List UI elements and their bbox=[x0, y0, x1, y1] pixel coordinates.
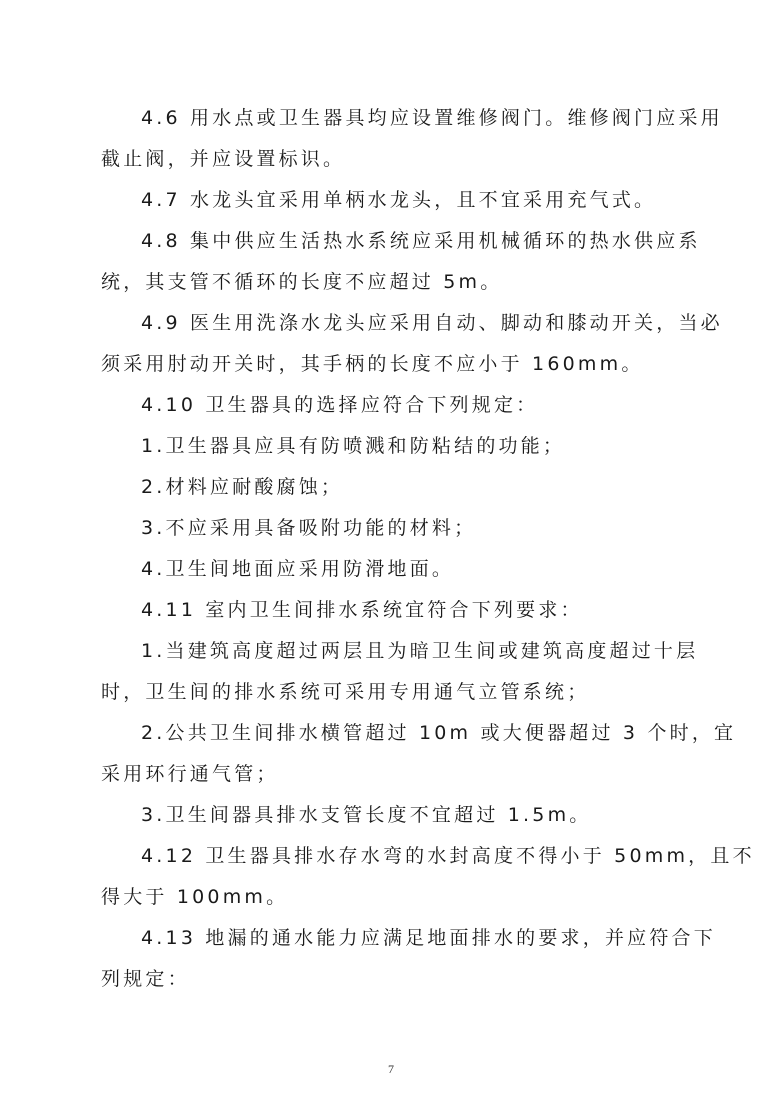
text-line-4-10: 4.10 卫生器具的选择应符合下列规定： bbox=[101, 385, 679, 426]
text-line-4-13-b: 列规定： bbox=[101, 959, 679, 1000]
text-line-4-10-item-4: 4.卫生间地面应采用防滑地面。 bbox=[101, 549, 679, 590]
text-line-4-9-a: 4.9 医生用洗涤水龙头应采用自动、脚动和膝动开关，当必 bbox=[101, 303, 679, 344]
text-line-4-11-item-1-a: 1.当建筑高度超过两层且为暗卫生间或建筑高度超过十层 bbox=[101, 631, 679, 672]
text-line-4-11-item-1-b: 时，卫生间的排水系统可采用专用通气立管系统； bbox=[101, 672, 679, 713]
page-number: 7 bbox=[0, 1062, 782, 1077]
text-line-4-12-a: 4.12 卫生器具排水存水弯的水封高度不得小于 50mm，且不 bbox=[101, 836, 679, 877]
text-line-4-8-a: 4.8 集中供应生活热水系统应采用机械循环的热水供应系 bbox=[101, 221, 679, 262]
text-line-4-10-item-1: 1.卫生器具应具有防喷溅和防粘结的功能； bbox=[101, 426, 679, 467]
text-line-4-12-b: 得大于 100mm。 bbox=[101, 877, 679, 918]
text-line-4-8-b: 统，其支管不循环的长度不应超过 5m。 bbox=[101, 262, 679, 303]
text-line-4-11-item-2-b: 采用环行通气管； bbox=[101, 754, 679, 795]
text-line-4-11-item-2-a: 2.公共卫生间排水横管超过 10m 或大便器超过 3 个时，宜 bbox=[101, 713, 679, 754]
text-line-4-11-item-3: 3.卫生间器具排水支管长度不宜超过 1.5m。 bbox=[101, 795, 679, 836]
text-line-4-9-b: 须采用肘动开关时，其手柄的长度不应小于 160mm。 bbox=[101, 344, 679, 385]
text-line-4-10-item-2: 2.材料应耐酸腐蚀； bbox=[101, 467, 679, 508]
document-page: 4.6 用水点或卫生器具均应设置维修阀门。维修阀门应采用 截止阀，并应设置标识。… bbox=[101, 98, 679, 1000]
text-line-4-7: 4.7 水龙头宜采用单柄水龙头，且不宜采用充气式。 bbox=[101, 180, 679, 221]
text-line-4-11: 4.11 室内卫生间排水系统宜符合下列要求： bbox=[101, 590, 679, 631]
text-line-4-13-a: 4.13 地漏的通水能力应满足地面排水的要求，并应符合下 bbox=[101, 918, 679, 959]
text-line-4-6-a: 4.6 用水点或卫生器具均应设置维修阀门。维修阀门应采用 bbox=[101, 98, 679, 139]
text-line-4-6-b: 截止阀，并应设置标识。 bbox=[101, 139, 679, 180]
text-line-4-10-item-3: 3.不应采用具备吸附功能的材料； bbox=[101, 508, 679, 549]
